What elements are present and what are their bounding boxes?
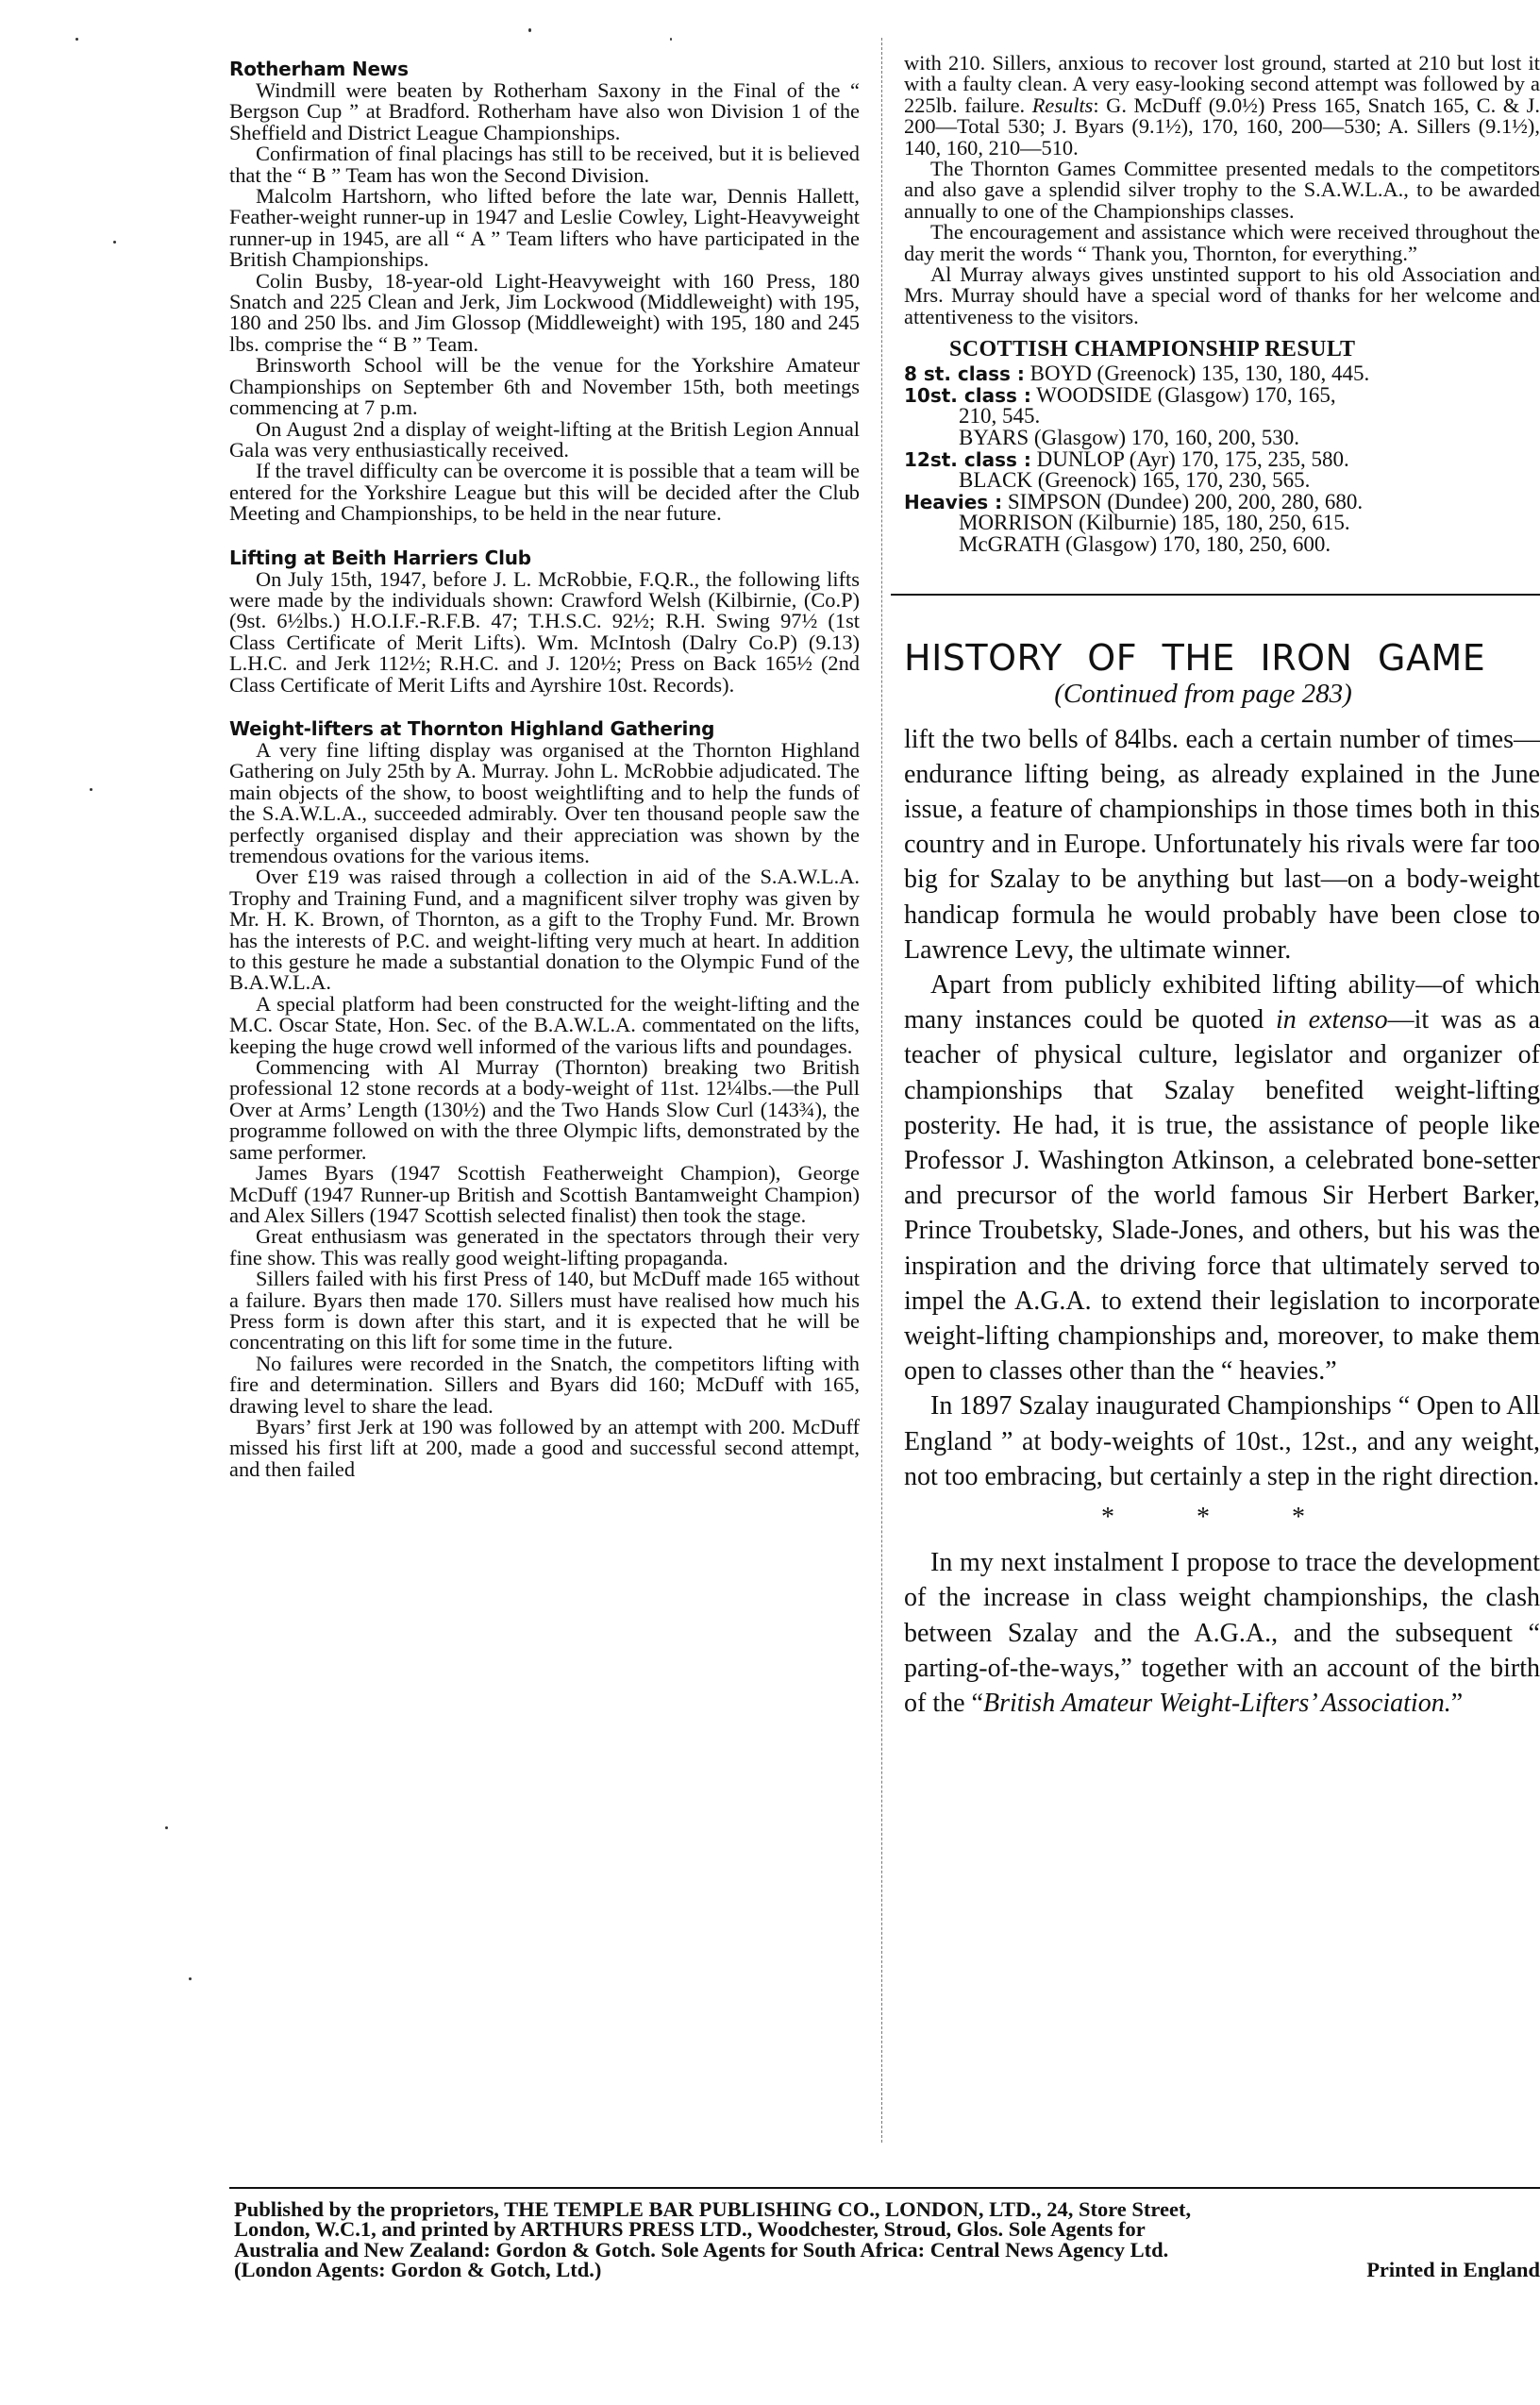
result-entry: McGRATH (Glasgow) 170, 180, 250, 600. [959, 532, 1331, 556]
results-heading: SCOTTISH CHAMPIONSHIP RESULT [949, 337, 1540, 362]
print-speck [670, 38, 672, 41]
result-row: BYARS (Glasgow) 170, 160, 200, 530. [904, 428, 1540, 449]
result-entry: WOODSIDE (Glasgow) 170, 165, [1031, 383, 1336, 407]
footer-line: Australia and New Zealand: Gordon & Gotc… [234, 2240, 1540, 2260]
publisher-footer: Published by the proprietors, THE TEMPLE… [234, 2199, 1540, 2280]
paragraph: On July 15th, 1947, before J. L. McRobbi… [229, 569, 860, 696]
paragraph: On August 2nd a display of weight-liftin… [229, 419, 860, 462]
paragraph: A special platform had been constructed … [229, 994, 860, 1057]
left-column: Rotherham News Windmill were beaten by R… [229, 59, 860, 1480]
paragraph: Malcolm Hartshorn, who lifted before the… [229, 186, 860, 271]
paragraph: Commencing with Al Murray (Thornton) bre… [229, 1057, 860, 1163]
paragraph: Great enthusiasm was generated in the sp… [229, 1226, 860, 1269]
paragraph: Colin Busby, 18-year-old Light-Heavyweig… [229, 271, 860, 356]
result-entry: BOYD (Greenock) 135, 130, 180, 445. [1025, 362, 1369, 385]
footer-line: London, W.C.1, and printed by ARTHURS PR… [234, 2219, 1540, 2239]
paragraph: In my next instalment I propose to trace… [904, 1545, 1540, 1721]
weight-class-label: 8 st. class : [904, 362, 1025, 385]
footer-line: (London Agents: Gordon & Gotch, Ltd.) [234, 2260, 601, 2279]
result-entry: 210, 545. [959, 404, 1040, 428]
paragraph: No failures were recorded in the Snatch,… [229, 1354, 860, 1417]
result-entry: MORRISON (Kilburnie) 185, 180, 250, 615. [959, 511, 1350, 534]
paragraph: lift the two bells of 84lbs. each a cert… [904, 722, 1540, 967]
print-speck [75, 38, 78, 41]
section-break-stars: * * * [904, 1504, 1540, 1532]
result-row: McGRATH (Glasgow) 170, 180, 250, 600. [904, 534, 1540, 556]
footer-rule [229, 2187, 1540, 2189]
result-entry: BYARS (Glasgow) 170, 160, 200, 530. [959, 426, 1299, 449]
weight-class-label: 12st. class : [904, 448, 1031, 471]
result-row: 12st. class : DUNLOP (Ayr) 170, 175, 235… [904, 449, 1540, 471]
result-row: Heavies : SIMPSON (Dundee) 200, 200, 280… [904, 492, 1540, 513]
print-speck [113, 241, 116, 244]
paragraph: A very fine lifting display was organise… [229, 740, 860, 866]
print-speck [90, 788, 92, 791]
paragraph: Sillers failed with his first Press of 1… [229, 1269, 860, 1354]
paragraph: Brinsworth School will be the venue for … [229, 355, 860, 418]
paragraph: Confirmation of final placings has still… [229, 143, 860, 186]
paragraph: Apart from publicly exhibited lifting ab… [904, 967, 1540, 1388]
results-table: 8 st. class : BOYD (Greenock) 135, 130, … [904, 363, 1540, 555]
weight-class-label: Heavies : [904, 491, 1002, 513]
article-title: HISTORY OF THE IRON GAME [904, 637, 1540, 679]
result-row: 8 st. class : BOYD (Greenock) 135, 130, … [904, 363, 1540, 385]
print-speck [189, 1977, 192, 1980]
result-entry: BLACK (Greenock) 165, 170, 230, 565. [959, 468, 1310, 492]
article-subtitle: (Continued from page 283) [866, 679, 1540, 709]
paragraph: Byars’ first Jerk at 190 was followed by… [229, 1417, 860, 1480]
paragraph: Windmill were beaten by Rotherham Saxony… [229, 80, 860, 143]
right-column: with 210. Sillers, anxious to recover lo… [904, 53, 1540, 1721]
section-heading-beith: Lifting at Beith Harriers Club [229, 547, 860, 569]
footer-line: Published by the proprietors, THE TEMPLE… [234, 2199, 1540, 2219]
result-row: MORRISON (Kilburnie) 185, 180, 250, 615. [904, 513, 1540, 534]
result-row: 210, 545. [904, 406, 1540, 428]
paragraph: If the travel difficulty can be overcome… [229, 461, 860, 524]
section-heading-rotherham: Rotherham News [229, 59, 860, 80]
print-speck [528, 28, 531, 32]
paragraph: The encouragement and assistance which w… [904, 222, 1540, 264]
weight-class-label: 10st. class : [904, 384, 1031, 407]
result-row: 10st. class : WOODSIDE (Glasgow) 170, 16… [904, 385, 1540, 407]
section-heading-thornton: Weight-lifters at Thornton Highland Gath… [229, 718, 860, 740]
section-rule [891, 594, 1540, 596]
footer-printed-in: Printed in England [1366, 2260, 1540, 2279]
print-speck [165, 1826, 168, 1829]
result-row: BLACK (Greenock) 165, 170, 230, 565. [904, 470, 1540, 492]
result-entry: DUNLOP (Ayr) 170, 175, 235, 580. [1031, 447, 1349, 471]
column-divider [881, 38, 882, 2143]
paragraph: In 1897 Szalay inaugurated Championships… [904, 1388, 1540, 1494]
paragraph-continued: with 210. Sillers, anxious to recover lo… [904, 53, 1540, 159]
paragraph: Al Murray always gives unstinted support… [904, 264, 1540, 328]
paragraph: The Thornton Games Committee presented m… [904, 159, 1540, 222]
result-entry: SIMPSON (Dundee) 200, 200, 280, 680. [1002, 490, 1363, 513]
paragraph: James Byars (1947 Scottish Featherweight… [229, 1163, 860, 1226]
paragraph: Over £19 was raised through a collection… [229, 866, 860, 993]
article-body: lift the two bells of 84lbs. each a cert… [904, 722, 1540, 1721]
